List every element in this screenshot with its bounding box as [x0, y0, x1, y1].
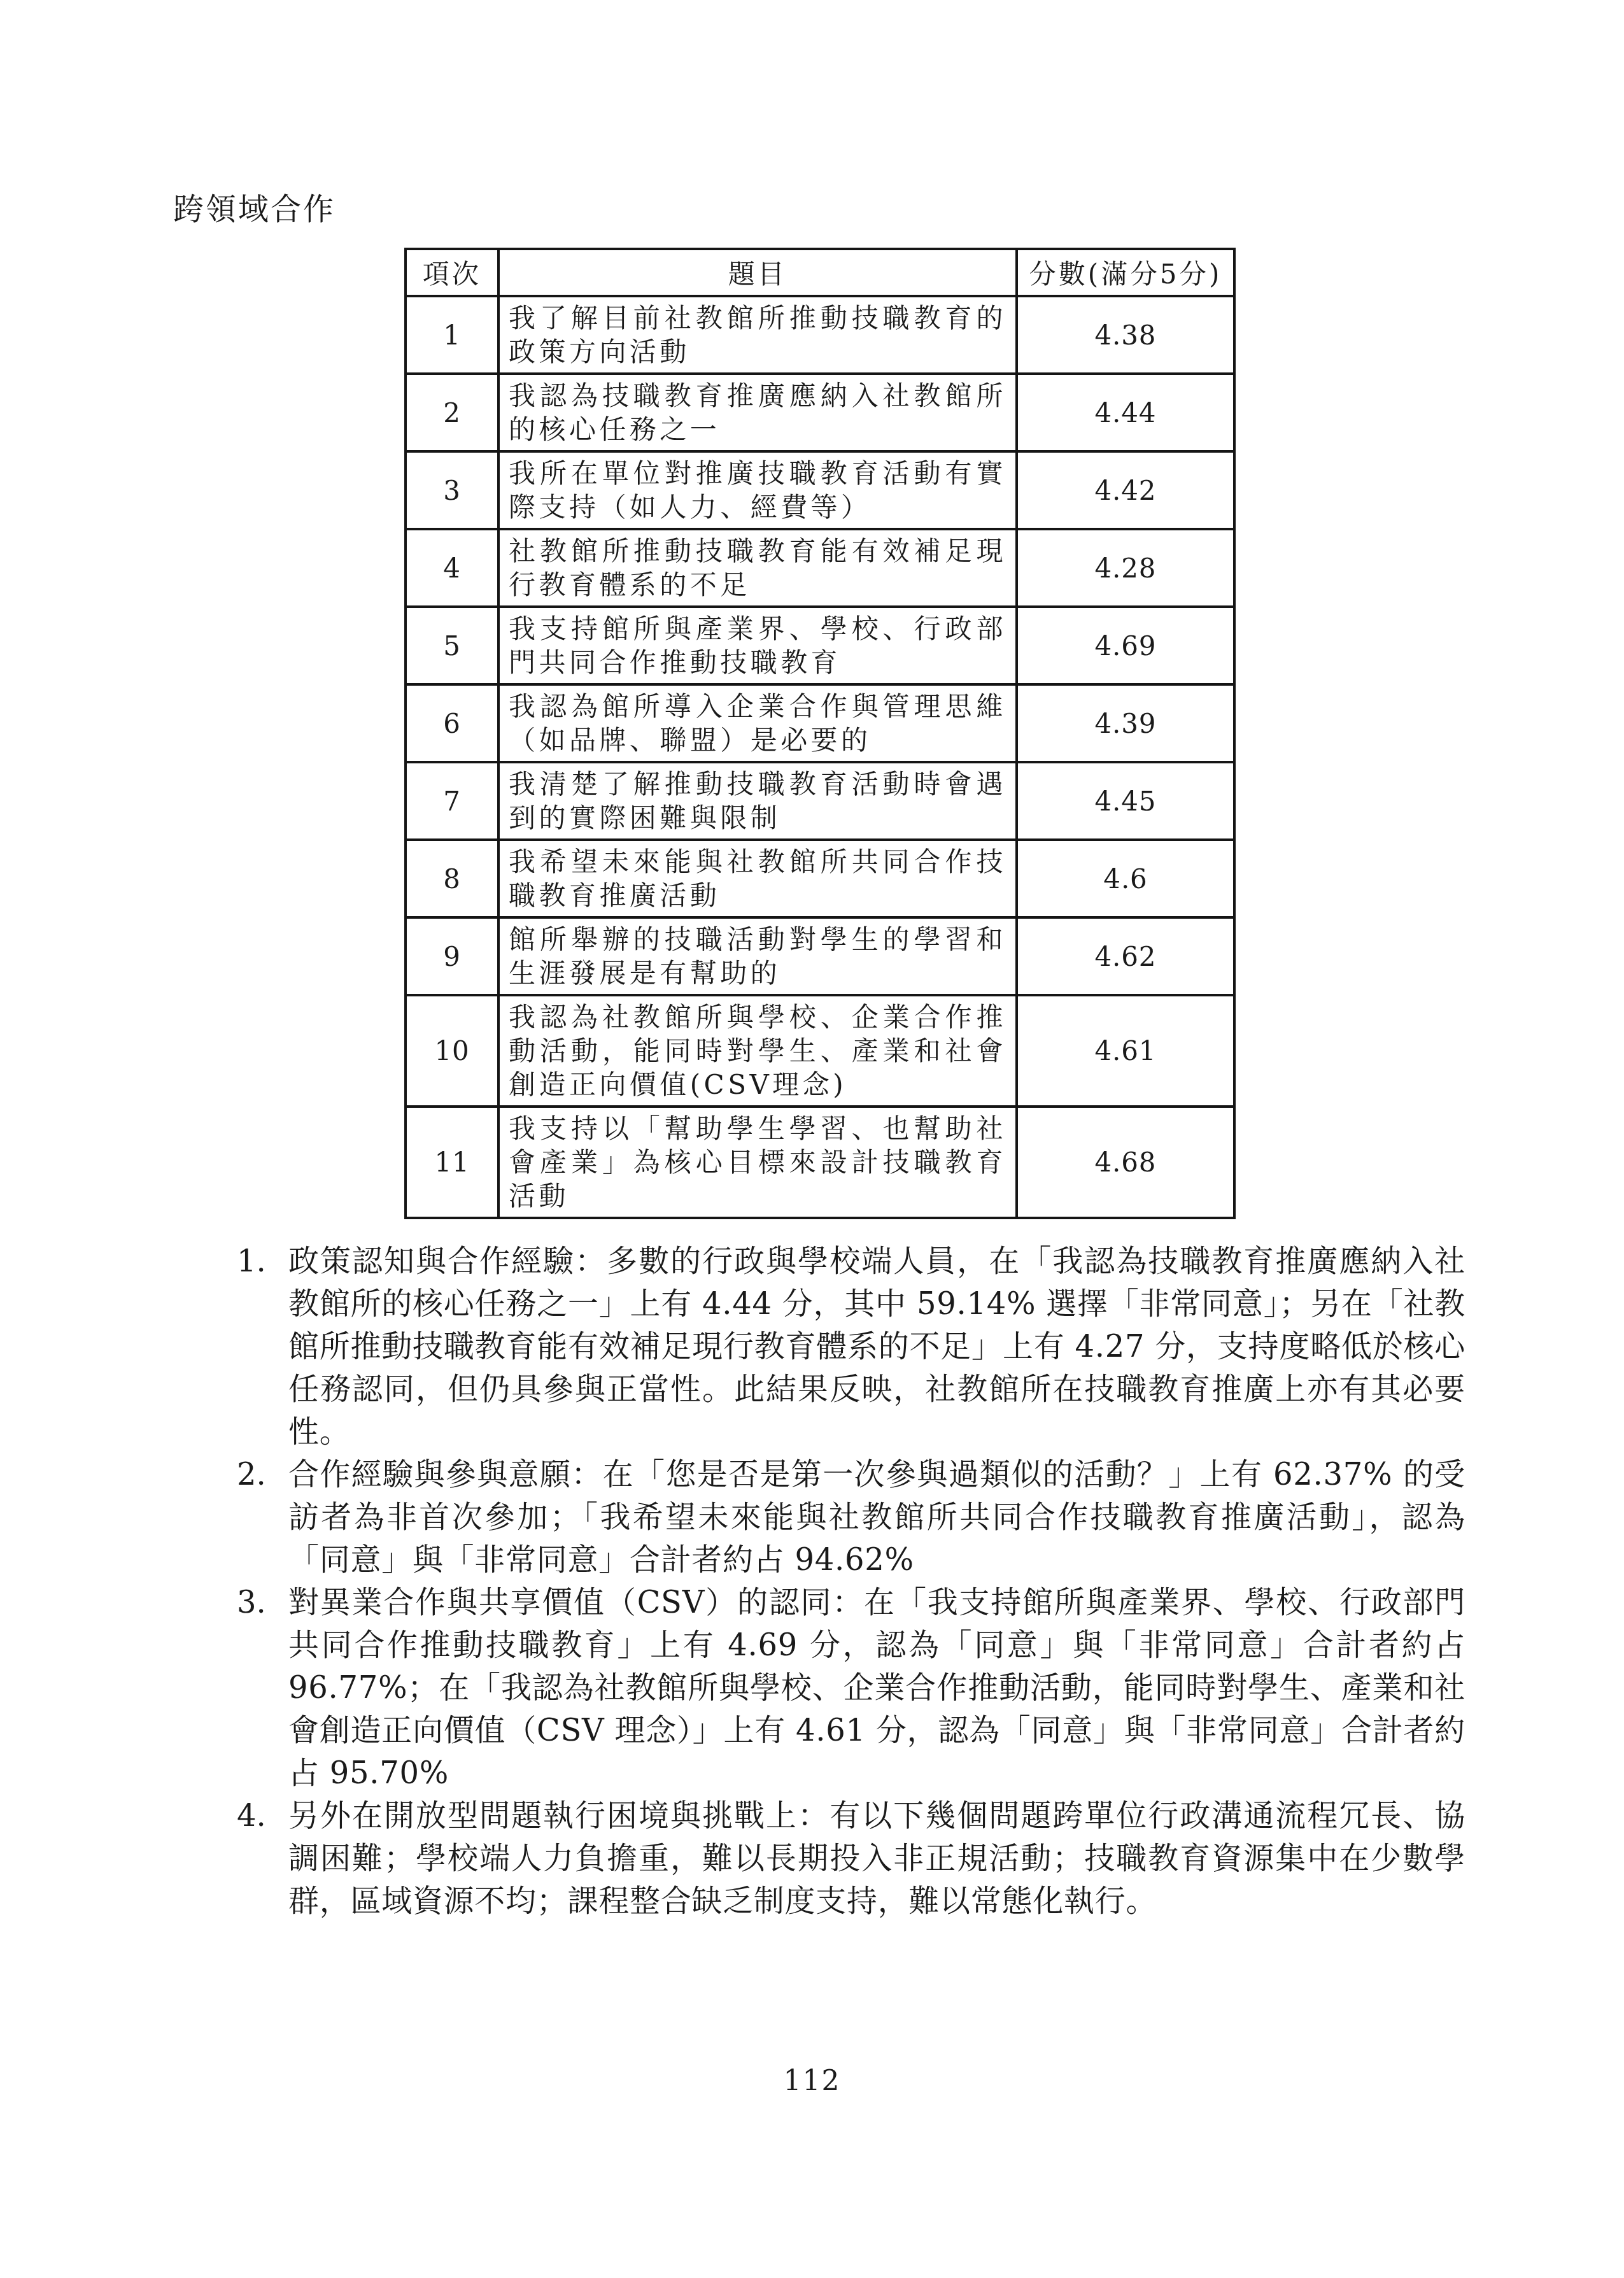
col-header-item-no: 項次	[406, 249, 498, 296]
score-cell: 4.38	[1017, 296, 1234, 374]
score-cell: 4.62	[1017, 917, 1234, 995]
list-item-number: 4.	[237, 1795, 288, 1837]
score-cell: 4.45	[1017, 762, 1234, 840]
table-row: 11 我支持以「幫助學生學習、也幫助社會產業」為核心目標來設計技職教育活動 4.…	[406, 1107, 1234, 1218]
table-row: 3 我所在單位對推廣技職教育活動有實際支持（如人力、經費等） 4.42	[406, 451, 1234, 529]
score-cell: 4.69	[1017, 607, 1234, 684]
item-no-cell: 8	[406, 840, 498, 917]
analysis-list: 1. 政策認知與合作經驗：多數的行政與學校端人員，在「我認為技職教育推廣應納入社…	[237, 1240, 1465, 1923]
item-no-cell: 11	[406, 1107, 498, 1218]
table-row: 6 我認為館所導入企業合作與管理思維（如品牌、聯盟）是必要的 4.39	[406, 684, 1234, 762]
score-cell: 4.28	[1017, 529, 1234, 607]
survey-score-table: 項次 題目 分數(滿分5分) 1 我了解目前社教館所推動技職教育的政策方向活動 …	[404, 248, 1236, 1219]
question-cell: 社教館所推動技職教育能有效補足現行教育體系的不足	[498, 529, 1017, 607]
list-item: 4. 另外在開放型問題執行困境與挑戰上：有以下幾個問題跨單位行政溝通流程冗長、協…	[237, 1795, 1465, 1923]
item-no-cell: 9	[406, 917, 498, 995]
item-no-cell: 3	[406, 451, 498, 529]
list-item: 2. 合作經驗與參與意願：在「您是否是第一次參與過類似的活動？」上有 62.37…	[237, 1454, 1465, 1581]
list-item-text: 政策認知與合作經驗：多數的行政與學校端人員，在「我認為技職教育推廣應納入社教館所…	[288, 1240, 1465, 1454]
question-cell: 我希望未來能與社教館所共同合作技職教育推廣活動	[498, 840, 1017, 917]
item-no-cell: 10	[406, 995, 498, 1107]
question-cell: 我支持館所與產業界、學校、行政部門共同合作推動技職教育	[498, 607, 1017, 684]
item-no-cell: 2	[406, 374, 498, 451]
col-header-question: 題目	[498, 249, 1017, 296]
item-no-cell: 5	[406, 607, 498, 684]
table-row: 4 社教館所推動技職教育能有效補足現行教育體系的不足 4.28	[406, 529, 1234, 607]
list-item-text: 合作經驗與參與意願：在「您是否是第一次參與過類似的活動？」上有 62.37% 的…	[288, 1454, 1465, 1581]
list-item-number: 3.	[237, 1581, 288, 1624]
item-no-cell: 1	[406, 296, 498, 374]
score-cell: 4.61	[1017, 995, 1234, 1107]
list-item-number: 1.	[237, 1240, 288, 1283]
score-cell: 4.68	[1017, 1107, 1234, 1218]
question-cell: 我支持以「幫助學生學習、也幫助社會產業」為核心目標來設計技職教育活動	[498, 1107, 1017, 1218]
table-row: 10 我認為社教館所與學校、企業合作推動活動，能同時對學生、產業和社會創造正向價…	[406, 995, 1234, 1107]
document-page: { "page": { "header": "跨領域合作", "page_num…	[0, 0, 1624, 2278]
score-cell: 4.6	[1017, 840, 1234, 917]
score-cell: 4.44	[1017, 374, 1234, 451]
col-header-score: 分數(滿分5分)	[1017, 249, 1234, 296]
score-cell: 4.39	[1017, 684, 1234, 762]
list-item: 3. 對異業合作與共享價值（CSV）的認同：在「我支持館所與產業界、學校、行政部…	[237, 1581, 1465, 1795]
question-cell: 我所在單位對推廣技職教育活動有實際支持（如人力、經費等）	[498, 451, 1017, 529]
question-cell: 我了解目前社教館所推動技職教育的政策方向活動	[498, 296, 1017, 374]
list-item-text: 另外在開放型問題執行困境與挑戰上：有以下幾個問題跨單位行政溝通流程冗長、協調困難…	[288, 1795, 1465, 1923]
list-item: 1. 政策認知與合作經驗：多數的行政與學校端人員，在「我認為技職教育推廣應納入社…	[237, 1240, 1465, 1454]
list-item-text: 對異業合作與共享價值（CSV）的認同：在「我支持館所與產業界、學校、行政部門共同…	[288, 1581, 1465, 1795]
item-no-cell: 4	[406, 529, 498, 607]
question-cell: 我認為社教館所與學校、企業合作推動活動，能同時對學生、產業和社會創造正向價值(C…	[498, 995, 1017, 1107]
page-number: 112	[0, 2065, 1624, 2097]
table-row: 5 我支持館所與產業界、學校、行政部門共同合作推動技職教育 4.69	[406, 607, 1234, 684]
item-no-cell: 6	[406, 684, 498, 762]
list-item-number: 2.	[237, 1454, 288, 1496]
question-cell: 我認為技職教育推廣應納入社教館所的核心任務之一	[498, 374, 1017, 451]
table-row: 9 館所舉辦的技職活動對學生的學習和生涯發展是有幫助的 4.62	[406, 917, 1234, 995]
table-row: 7 我清楚了解推動技職教育活動時會遇到的實際困難與限制 4.45	[406, 762, 1234, 840]
table-row: 8 我希望未來能與社教館所共同合作技職教育推廣活動 4.6	[406, 840, 1234, 917]
page-header-title: 跨領域合作	[173, 185, 335, 229]
question-cell: 我認為館所導入企業合作與管理思維（如品牌、聯盟）是必要的	[498, 684, 1017, 762]
item-no-cell: 7	[406, 762, 498, 840]
table-row: 1 我了解目前社教館所推動技職教育的政策方向活動 4.38	[406, 296, 1234, 374]
question-cell: 館所舉辦的技職活動對學生的學習和生涯發展是有幫助的	[498, 917, 1017, 995]
table-row: 2 我認為技職教育推廣應納入社教館所的核心任務之一 4.44	[406, 374, 1234, 451]
table-header-row: 項次 題目 分數(滿分5分)	[406, 249, 1234, 296]
score-cell: 4.42	[1017, 451, 1234, 529]
question-cell: 我清楚了解推動技職教育活動時會遇到的實際困難與限制	[498, 762, 1017, 840]
